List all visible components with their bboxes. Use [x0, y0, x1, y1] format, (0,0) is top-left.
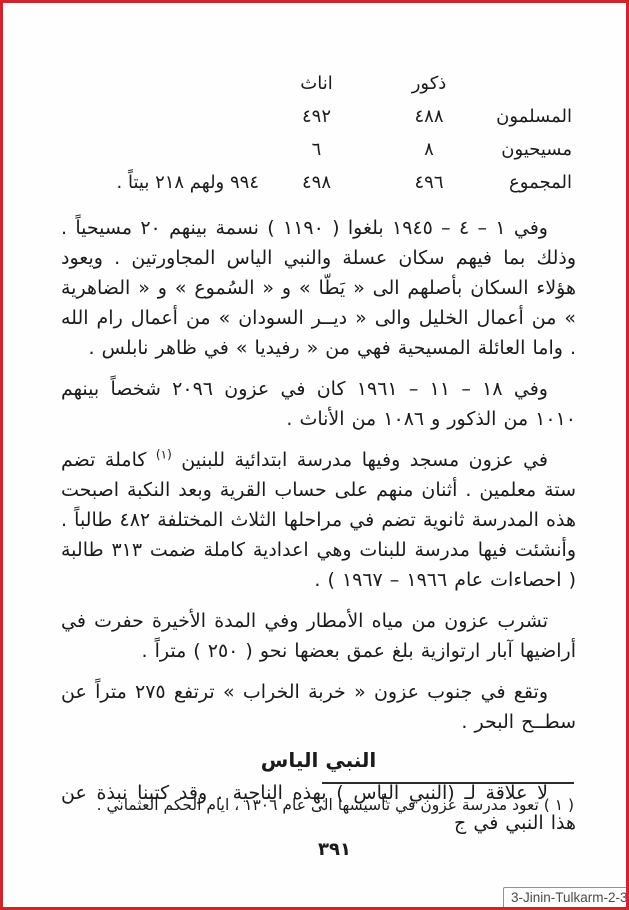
row-note: [61, 133, 259, 166]
row-label: المسلمون: [484, 100, 576, 133]
population-table: ذكور اناث المسلمون ٤٨٨ ٤٩٢ مسيحيون ٨ ٦ ا…: [61, 67, 576, 199]
table-row-total: المجموع ٤٩٦ ٤٩٨ ٩٩٤ ولهم ٢١٨ بيتاً .: [61, 166, 576, 199]
males-value: ٨: [374, 133, 484, 166]
table-header-males: ذكور: [374, 67, 484, 100]
filename-tooltip: 3-Jinin-Tulkarm-2-3.pdf: [503, 887, 629, 909]
section-heading: النبي الياس: [61, 748, 576, 772]
males-value: ٤٩٦: [374, 166, 484, 199]
paragraph-census-1945: وفي ١ – ٤ – ١٩٤٥ بلغوا ( ١١٩٠ ) نسمة بين…: [61, 213, 576, 363]
total-note: ٩٩٤ ولهم ٢١٨ بيتاً .: [61, 166, 259, 199]
row-label: مسيحيون: [484, 133, 576, 166]
table-header-spacer: [484, 67, 576, 100]
table-row-christians: مسيحيون ٨ ٦: [61, 133, 576, 166]
females-value: ٤٩٢: [259, 100, 374, 133]
row-label: المجموع: [484, 166, 576, 199]
paragraph-water: تشرب عزون من مياه الأمطار وفي المدة الأخ…: [61, 606, 576, 666]
scanned-document: ذكور اناث المسلمون ٤٨٨ ٤٩٢ مسيحيون ٨ ٦ ا…: [3, 3, 626, 838]
table-row-muslims: المسلمون ٤٨٨ ٤٩٢: [61, 100, 576, 133]
table-header-row: ذكور اناث: [61, 67, 576, 100]
page-frame: ذكور اناث المسلمون ٤٨٨ ٤٩٢ مسيحيون ٨ ٦ ا…: [0, 0, 629, 910]
table-header-note-spacer: [61, 67, 259, 100]
table-header-females: اناث: [259, 67, 374, 100]
footnote-marker: (١): [156, 448, 172, 462]
row-note: [61, 100, 259, 133]
paragraph-schools: في عزون مسجد وفيها مدرسة ابتدائية للبنين…: [61, 445, 576, 595]
schools-text-start: في عزون مسجد وفيها مدرسة ابتدائية للبنين: [172, 449, 548, 471]
paragraph-khirbet: وتقع في جنوب عزون « خربة الخراب » ترتفع …: [61, 677, 576, 737]
females-value: ٤٩٨: [259, 166, 374, 199]
males-value: ٤٨٨: [374, 100, 484, 133]
paragraph-census-1961: وفي ١٨ – ١١ – ١٩٦١ كان في عزون ٢٠٩٦ شخصا…: [61, 374, 576, 434]
females-value: ٦: [259, 133, 374, 166]
page-number: ٣٩١: [43, 839, 626, 860]
footnote-text: ( ١ ) تعود مدرسة عزون في تأسيسها الى عام…: [61, 794, 574, 816]
footnote-divider: [322, 782, 574, 784]
